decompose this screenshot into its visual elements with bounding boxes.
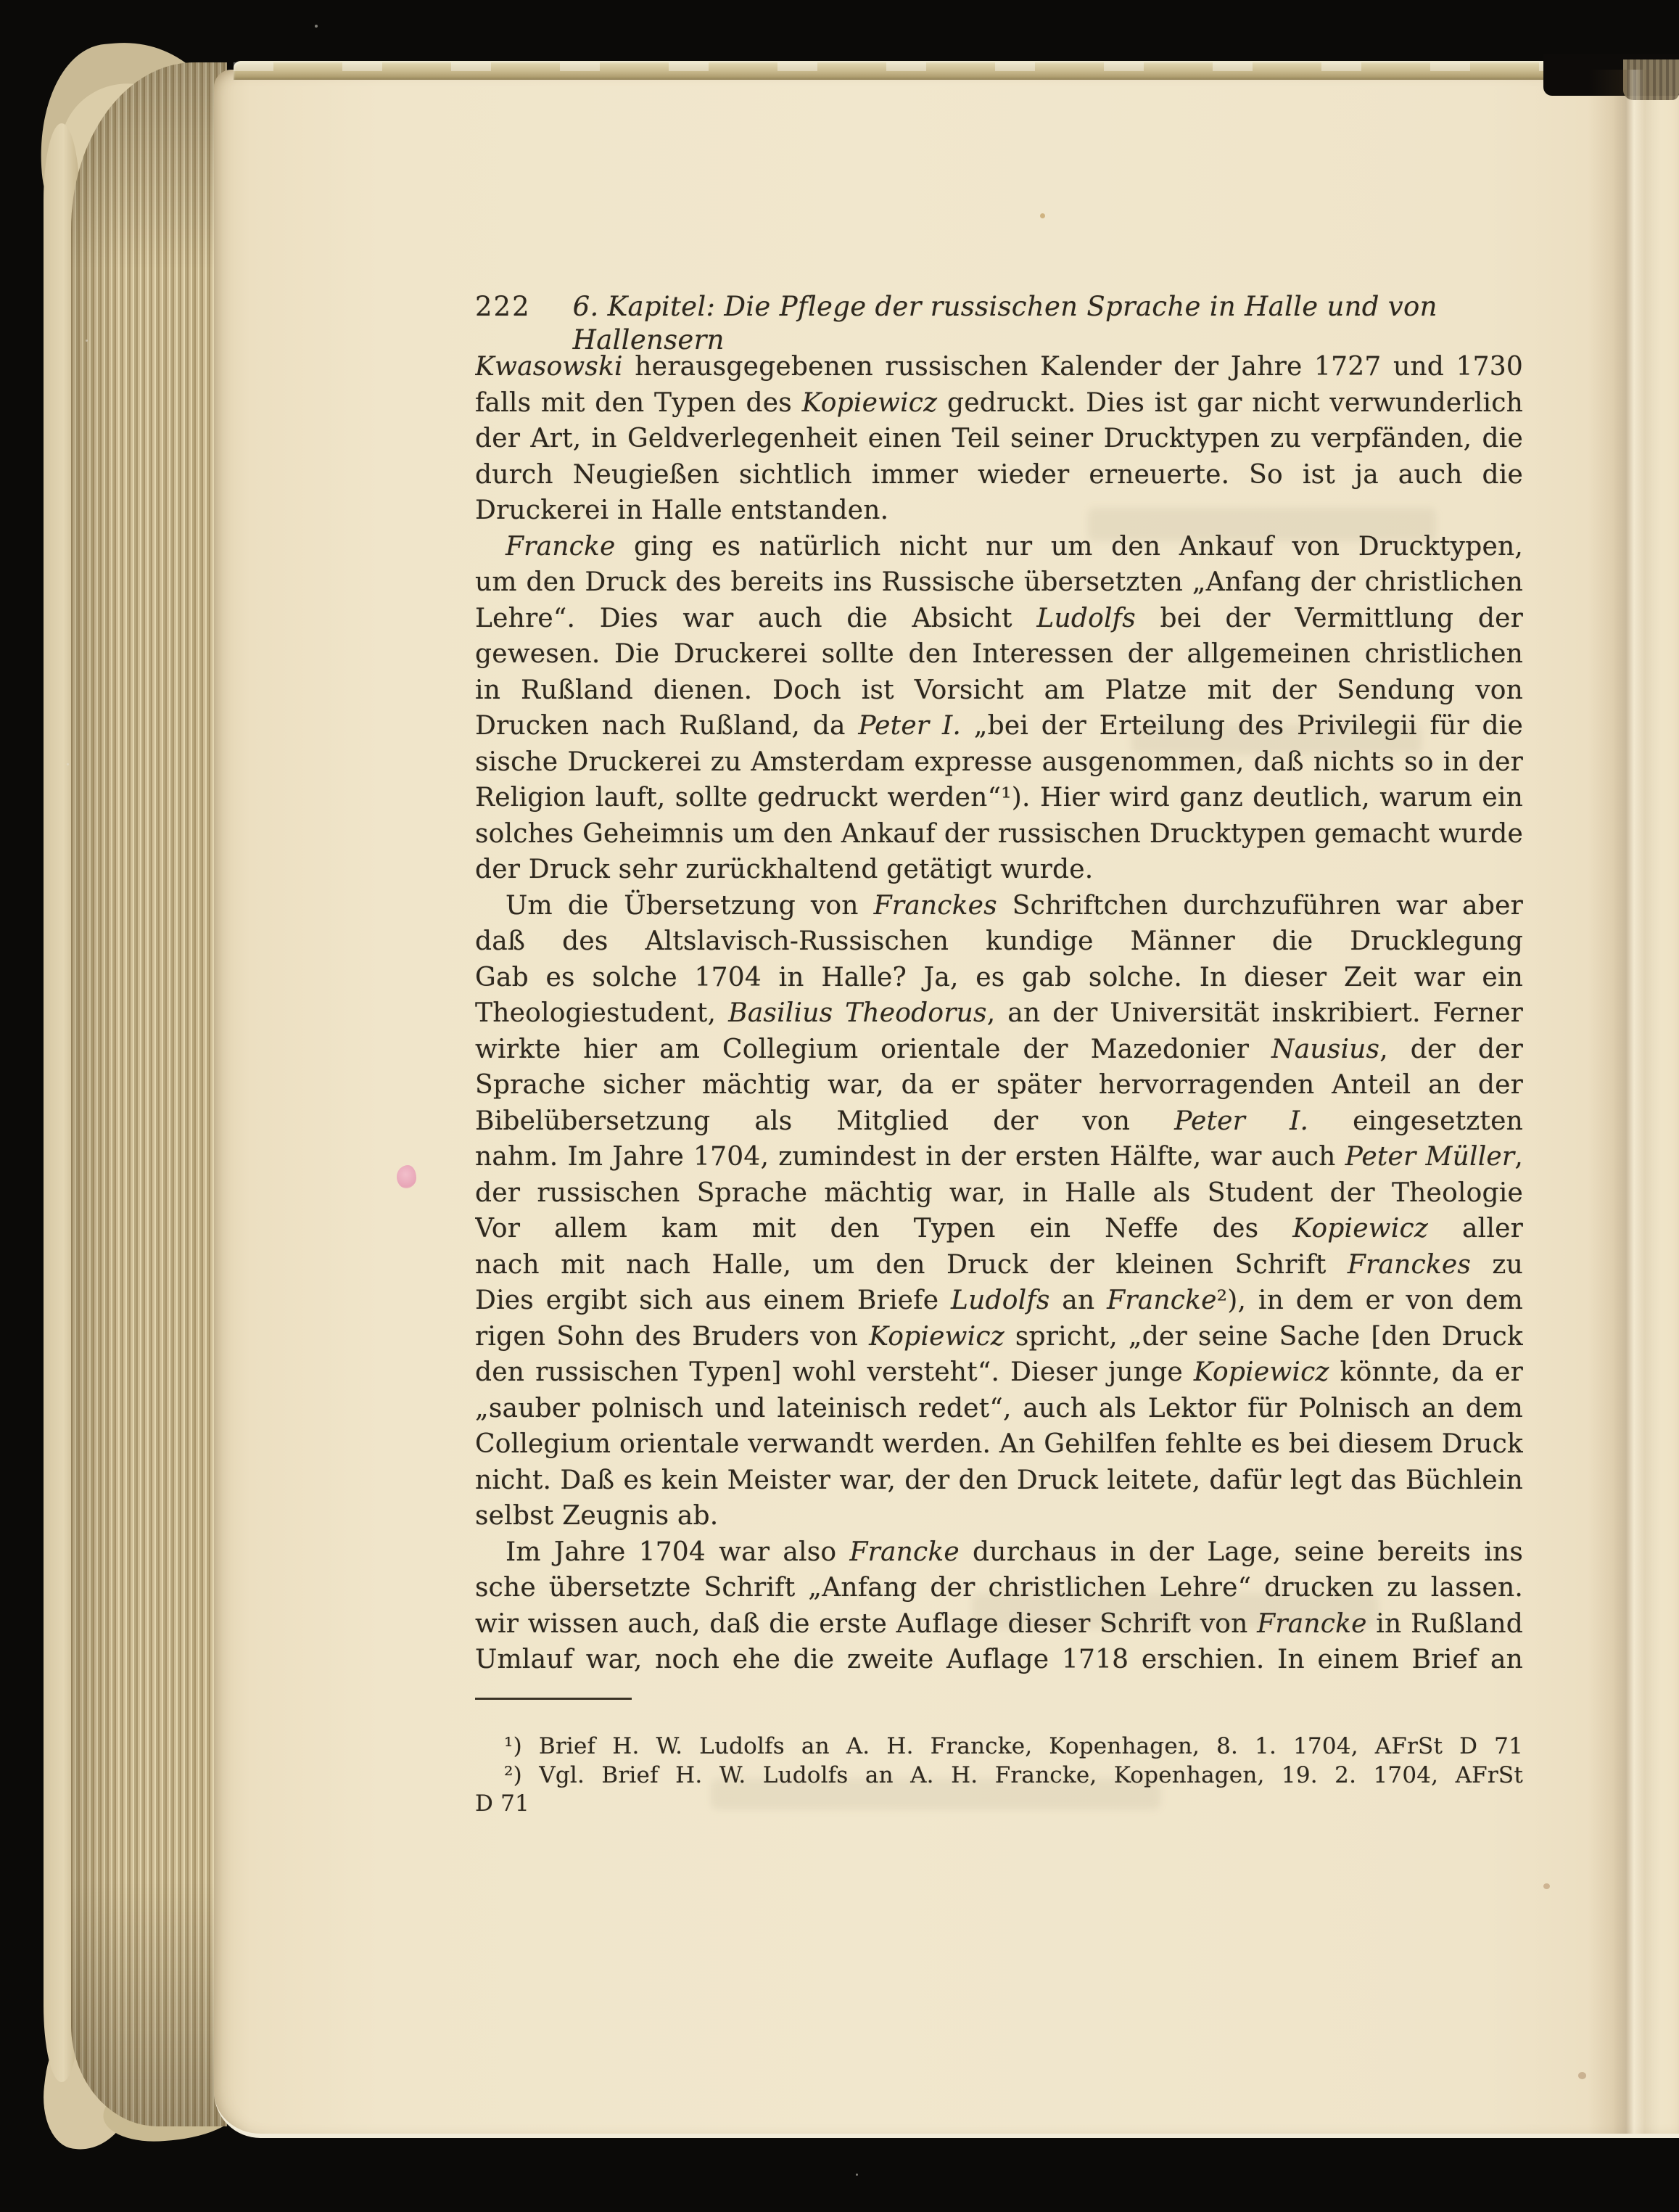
text-line: durch Neugießen sichtlich immer wieder e… <box>475 457 1523 493</box>
footnotes: ¹) Brief H. W. Ludolfs an A. H. Francke,… <box>475 1732 1523 1819</box>
pink-margin-mark <box>397 1165 416 1188</box>
text-line: den russischen Typen] wohl versteht“. Di… <box>475 1354 1523 1391</box>
text-line: Drucken nach Rußland, da Peter I. „bei d… <box>475 708 1523 744</box>
text-line: nicht. Daß es kein Meister war, der den … <box>475 1463 1523 1499</box>
text-line: „sauber polnisch und lateinisch redet“, … <box>475 1391 1523 1427</box>
text-line: wirkte hier am Collegium orientale der M… <box>475 1032 1523 1068</box>
dust-speck <box>856 2174 858 2176</box>
foxing-spot <box>1578 2072 1586 2079</box>
text-line: rigen Sohn des Bruders von Kopiewicz spr… <box>475 1319 1523 1355</box>
text-line: wir wissen auch, daß die erste Auflage d… <box>475 1606 1523 1642</box>
text-line: solches Geheimnis um den Ankauf der russ… <box>475 816 1523 852</box>
footnote-separator <box>475 1698 632 1700</box>
text-line: Im Jahre 1704 war also Francke durchaus … <box>475 1534 1523 1571</box>
chapter-running-title: 6. Kapitel: Die Pflege der russischen Sp… <box>573 290 1523 357</box>
dust-speck <box>315 25 318 28</box>
text-line: Francke ging es natürlich nicht nur um d… <box>475 529 1523 565</box>
text-line: Lehre“. Dies war auch die Absicht Ludolf… <box>475 601 1523 637</box>
text-line: falls mit den Typen des Kopiewicz gedruc… <box>475 385 1523 422</box>
text-line: Sprache sicher mächtig war, da er später… <box>475 1067 1523 1103</box>
page-edge-stack-shading <box>71 62 227 2126</box>
book-scan-photo: 222 6. Kapitel: Die Pflege der russische… <box>0 0 1679 2212</box>
text-line: nahm. Im Jahre 1704, zumindest in der er… <box>475 1139 1523 1175</box>
footnote-line: ²) Vgl. Brief H. W. Ludolfs an A. H. Fra… <box>475 1761 1523 1790</box>
text-line: sische Druckerei zu Amsterdam expresse a… <box>475 744 1523 781</box>
text-line: Um die Übersetzung von Franckes Schriftc… <box>475 888 1523 924</box>
text-line: der Druck sehr zurückhaltend getätigt wu… <box>475 852 1523 888</box>
text-line: Umlauf war, noch ehe die zweite Auflage … <box>475 1642 1523 1678</box>
text-line: daß des Altslavisch-Russischen kundige M… <box>475 924 1523 960</box>
page-number: 222 <box>475 290 531 324</box>
gutter-crease <box>1588 70 1661 2134</box>
text-line: der Art, in Geldverlegenheit einen Teil … <box>475 421 1523 457</box>
footnote-line: D 71 <box>475 1790 1523 1819</box>
text-line: Gab es solche 1704 in Halle? Ja, es gab … <box>475 960 1523 996</box>
text-line: der russischen Sprache mächtig war, in H… <box>475 1175 1523 1212</box>
text-line: nach mit nach Halle, um den Druck der kl… <box>475 1247 1523 1283</box>
text-line: Druckerei in Halle entstanden. <box>475 493 1523 529</box>
text-line: Bibelübersetzung als Mitglied der von Pe… <box>475 1103 1523 1140</box>
text-line: selbst Zeugnis ab. <box>475 1498 1523 1534</box>
text-line: Religion lauft, sollte gedruckt werden“¹… <box>475 780 1523 816</box>
text-line: Vor allem kam mit den Typen ein Neffe de… <box>475 1211 1523 1247</box>
text-line: Theologiestudent, Basilius Theodorus, an… <box>475 995 1523 1032</box>
text-line: gewesen. Die Druckerei sollte den Intere… <box>475 636 1523 673</box>
foxing-spot <box>1040 213 1045 218</box>
running-header: 222 6. Kapitel: Die Pflege der russische… <box>475 290 1523 357</box>
text-line: in Rußland dienen. Doch ist Vorsicht am … <box>475 673 1523 709</box>
text-line: sche übersetzte Schrift „Anfang der chri… <box>475 1570 1523 1606</box>
text-line: Dies ergibt sich aus einem Briefe Ludolf… <box>475 1283 1523 1319</box>
footnote-line: ¹) Brief H. W. Ludolfs an A. H. Francke,… <box>475 1732 1523 1761</box>
foxing-spot <box>1543 1883 1550 1889</box>
page-top-edge-glint <box>234 62 1679 71</box>
body-text: Kwasowski herausgegebenen russischen Kal… <box>475 349 1523 1678</box>
text-line: Kwasowski herausgegebenen russischen Kal… <box>475 349 1523 385</box>
text-line: um den Druck des bereits ins Russische ü… <box>475 564 1523 601</box>
text-line: Collegium orientale verwandt werden. An … <box>475 1426 1523 1463</box>
dust-speck <box>86 340 88 342</box>
dust-speck <box>67 763 69 765</box>
